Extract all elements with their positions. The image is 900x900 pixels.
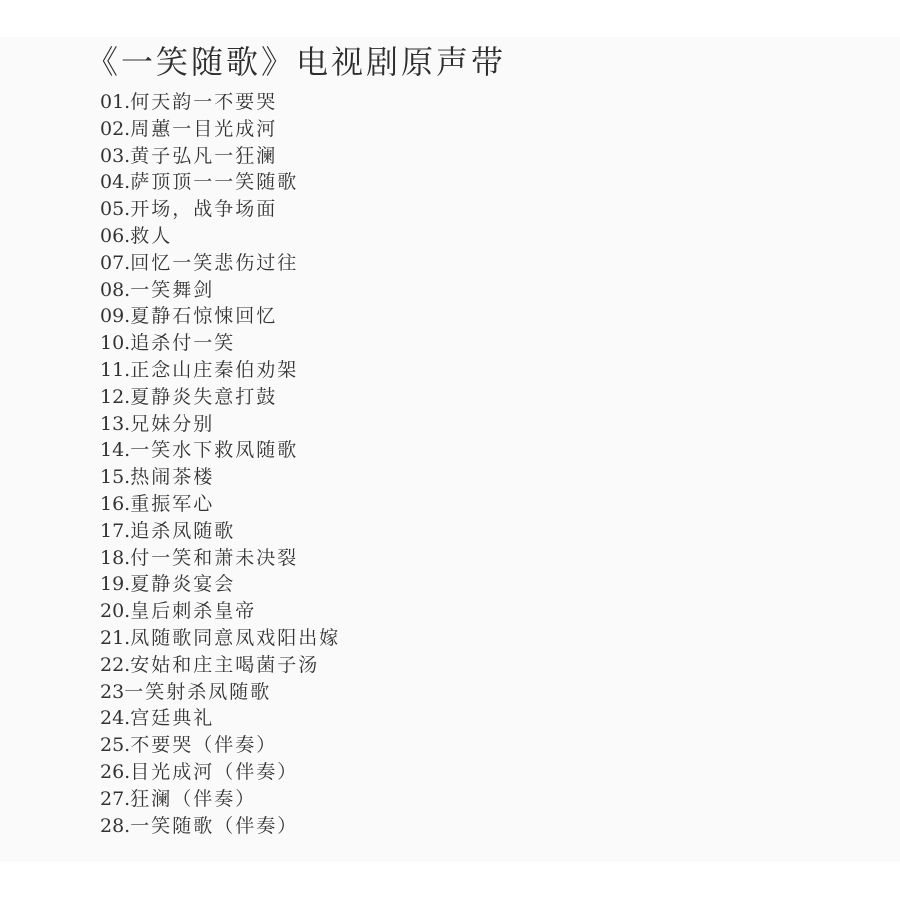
track-number: 06. xyxy=(100,225,130,247)
track-number: 07. xyxy=(100,252,130,274)
track-item: 03.黄子弘凡一狂澜 xyxy=(100,143,340,170)
track-number: 27. xyxy=(100,788,130,810)
track-number: 11. xyxy=(100,359,130,381)
track-name: 追杀凤随歌 xyxy=(130,520,235,542)
track-name: 一笑水下救凤随歌 xyxy=(130,439,298,461)
track-item: 19.夏静炎宴会 xyxy=(100,571,340,598)
track-name: 一笑射杀凤随歌 xyxy=(124,681,271,703)
track-name: 狂澜（伴奏） xyxy=(130,788,256,810)
track-name: 不要哭（伴奏） xyxy=(130,734,277,756)
track-name: 凤随歌同意凤戏阳出嫁 xyxy=(130,627,340,649)
track-list: 01.何天韵一不要哭02.周蕙一目光成河03.黄子弘凡一狂澜04.萨顶顶一一笑随… xyxy=(100,89,340,839)
track-name: 夏静炎失意打鼓 xyxy=(130,386,277,408)
track-number: 03. xyxy=(100,145,130,167)
track-item: 07.回忆一笑悲伤过往 xyxy=(100,250,340,277)
track-item: 15.热闹茶楼 xyxy=(100,464,340,491)
track-item: 14.一笑水下救凤随歌 xyxy=(100,437,340,464)
track-name: 正念山庄秦伯劝架 xyxy=(130,359,298,381)
track-item: 22.安姑和庄主喝菌子汤 xyxy=(100,652,340,679)
track-number: 15. xyxy=(100,466,130,488)
track-item: 26.目光成河（伴奏） xyxy=(100,759,340,786)
track-item: 01.何天韵一不要哭 xyxy=(100,89,340,116)
track-item: 25.不要哭（伴奏） xyxy=(100,732,340,759)
track-name: 兄妹分别 xyxy=(130,413,214,435)
track-name: 萨顶顶一一笑随歌 xyxy=(130,171,298,193)
track-number: 14. xyxy=(100,439,130,461)
track-number: 08. xyxy=(100,279,130,301)
track-name: 重振军心 xyxy=(130,493,214,515)
track-number: 28. xyxy=(100,815,130,837)
track-number: 18. xyxy=(100,547,130,569)
track-number: 17. xyxy=(100,520,130,542)
track-number: 20. xyxy=(100,600,130,622)
track-name: 夏静石惊悚回忆 xyxy=(130,305,277,327)
track-number: 13. xyxy=(100,413,130,435)
track-name: 皇后刺杀皇帝 xyxy=(130,600,256,622)
track-name: 救人 xyxy=(130,225,172,247)
track-item: 11.正念山庄秦伯劝架 xyxy=(100,357,340,384)
track-number: 22. xyxy=(100,654,130,676)
track-number: 05. xyxy=(100,198,130,220)
track-item: 23一笑射杀凤随歌 xyxy=(100,679,340,706)
track-name: 何天韵一不要哭 xyxy=(130,91,277,113)
track-number: 24. xyxy=(100,707,130,729)
track-name: 黄子弘凡一狂澜 xyxy=(130,145,277,167)
track-number: 16. xyxy=(100,493,130,515)
track-name: 付一笑和萧未决裂 xyxy=(130,547,298,569)
track-item: 08.一笑舞剑 xyxy=(100,277,340,304)
document-panel: 《一笑随歌》电视剧原声带 01.何天韵一不要哭02.周蕙一目光成河03.黄子弘凡… xyxy=(0,37,900,862)
track-item: 05.开场，战争场面 xyxy=(100,196,340,223)
track-item: 28.一笑随歌（伴奏） xyxy=(100,813,340,840)
track-name: 安姑和庄主喝菌子汤 xyxy=(130,654,319,676)
track-number: 26. xyxy=(100,761,130,783)
track-number: 04. xyxy=(100,171,130,193)
track-name: 周蕙一目光成河 xyxy=(130,118,277,140)
track-name: 开场，战争场面 xyxy=(130,198,277,220)
track-item: 16.重振军心 xyxy=(100,491,340,518)
track-item: 06.救人 xyxy=(100,223,340,250)
track-item: 02.周蕙一目光成河 xyxy=(100,116,340,143)
track-item: 04.萨顶顶一一笑随歌 xyxy=(100,169,340,196)
track-number: 09. xyxy=(100,305,130,327)
track-number: 12. xyxy=(100,386,130,408)
track-item: 10.追杀付一笑 xyxy=(100,330,340,357)
track-number: 01. xyxy=(100,91,130,113)
track-name: 宫廷典礼 xyxy=(130,707,214,729)
track-item: 18.付一笑和萧未决裂 xyxy=(100,545,340,572)
track-item: 13.兄妹分别 xyxy=(100,411,340,438)
track-name: 热闹茶楼 xyxy=(130,466,214,488)
track-item: 27.狂澜（伴奏） xyxy=(100,786,340,813)
track-name: 追杀付一笑 xyxy=(130,332,235,354)
track-number: 25. xyxy=(100,734,130,756)
track-item: 24.宫廷典礼 xyxy=(100,705,340,732)
track-item: 17.追杀凤随歌 xyxy=(100,518,340,545)
track-name: 目光成河（伴奏） xyxy=(130,761,298,783)
track-name: 回忆一笑悲伤过往 xyxy=(130,252,298,274)
track-item: 20.皇后刺杀皇帝 xyxy=(100,598,340,625)
track-item: 12.夏静炎失意打鼓 xyxy=(100,384,340,411)
track-name: 一笑舞剑 xyxy=(130,279,214,301)
document-title: 《一笑随歌》电视剧原声带 xyxy=(86,42,506,82)
track-item: 09.夏静石惊悚回忆 xyxy=(100,303,340,330)
track-name: 夏静炎宴会 xyxy=(130,573,235,595)
track-number: 21. xyxy=(100,627,130,649)
track-number: 23 xyxy=(100,681,124,703)
track-item: 21.凤随歌同意凤戏阳出嫁 xyxy=(100,625,340,652)
track-name: 一笑随歌（伴奏） xyxy=(130,815,298,837)
track-number: 02. xyxy=(100,118,130,140)
track-number: 10. xyxy=(100,332,130,354)
track-number: 19. xyxy=(100,573,130,595)
